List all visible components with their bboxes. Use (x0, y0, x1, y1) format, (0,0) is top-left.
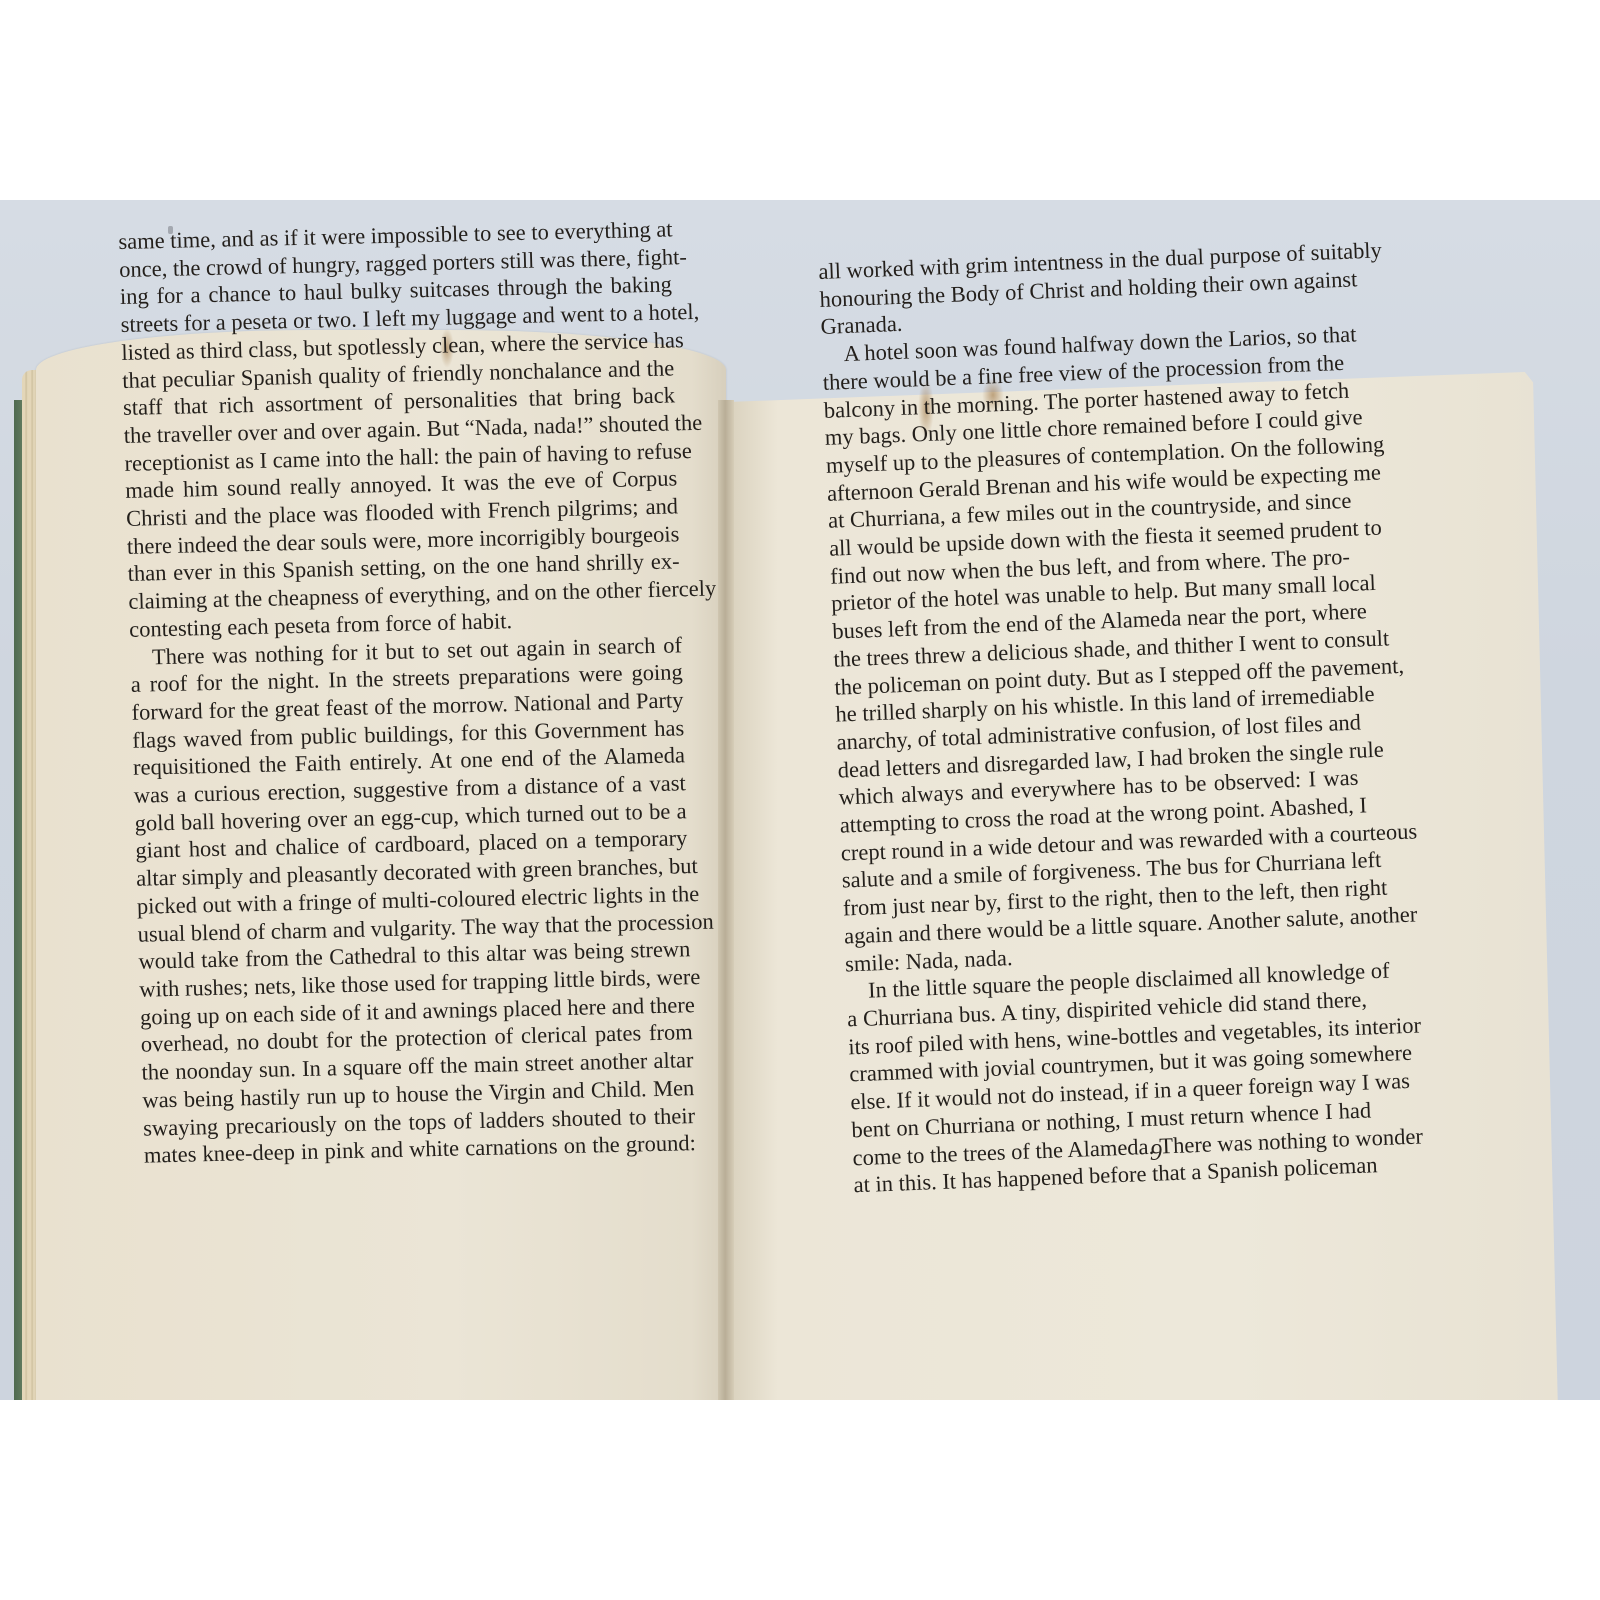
book-gutter (718, 400, 734, 1400)
page-number: 9 (1150, 1140, 1162, 1167)
left-page-text: same time, and as if it were impossible … (118, 215, 696, 1169)
right-page-text: all worked with grim intentness in the d… (818, 238, 1374, 1199)
